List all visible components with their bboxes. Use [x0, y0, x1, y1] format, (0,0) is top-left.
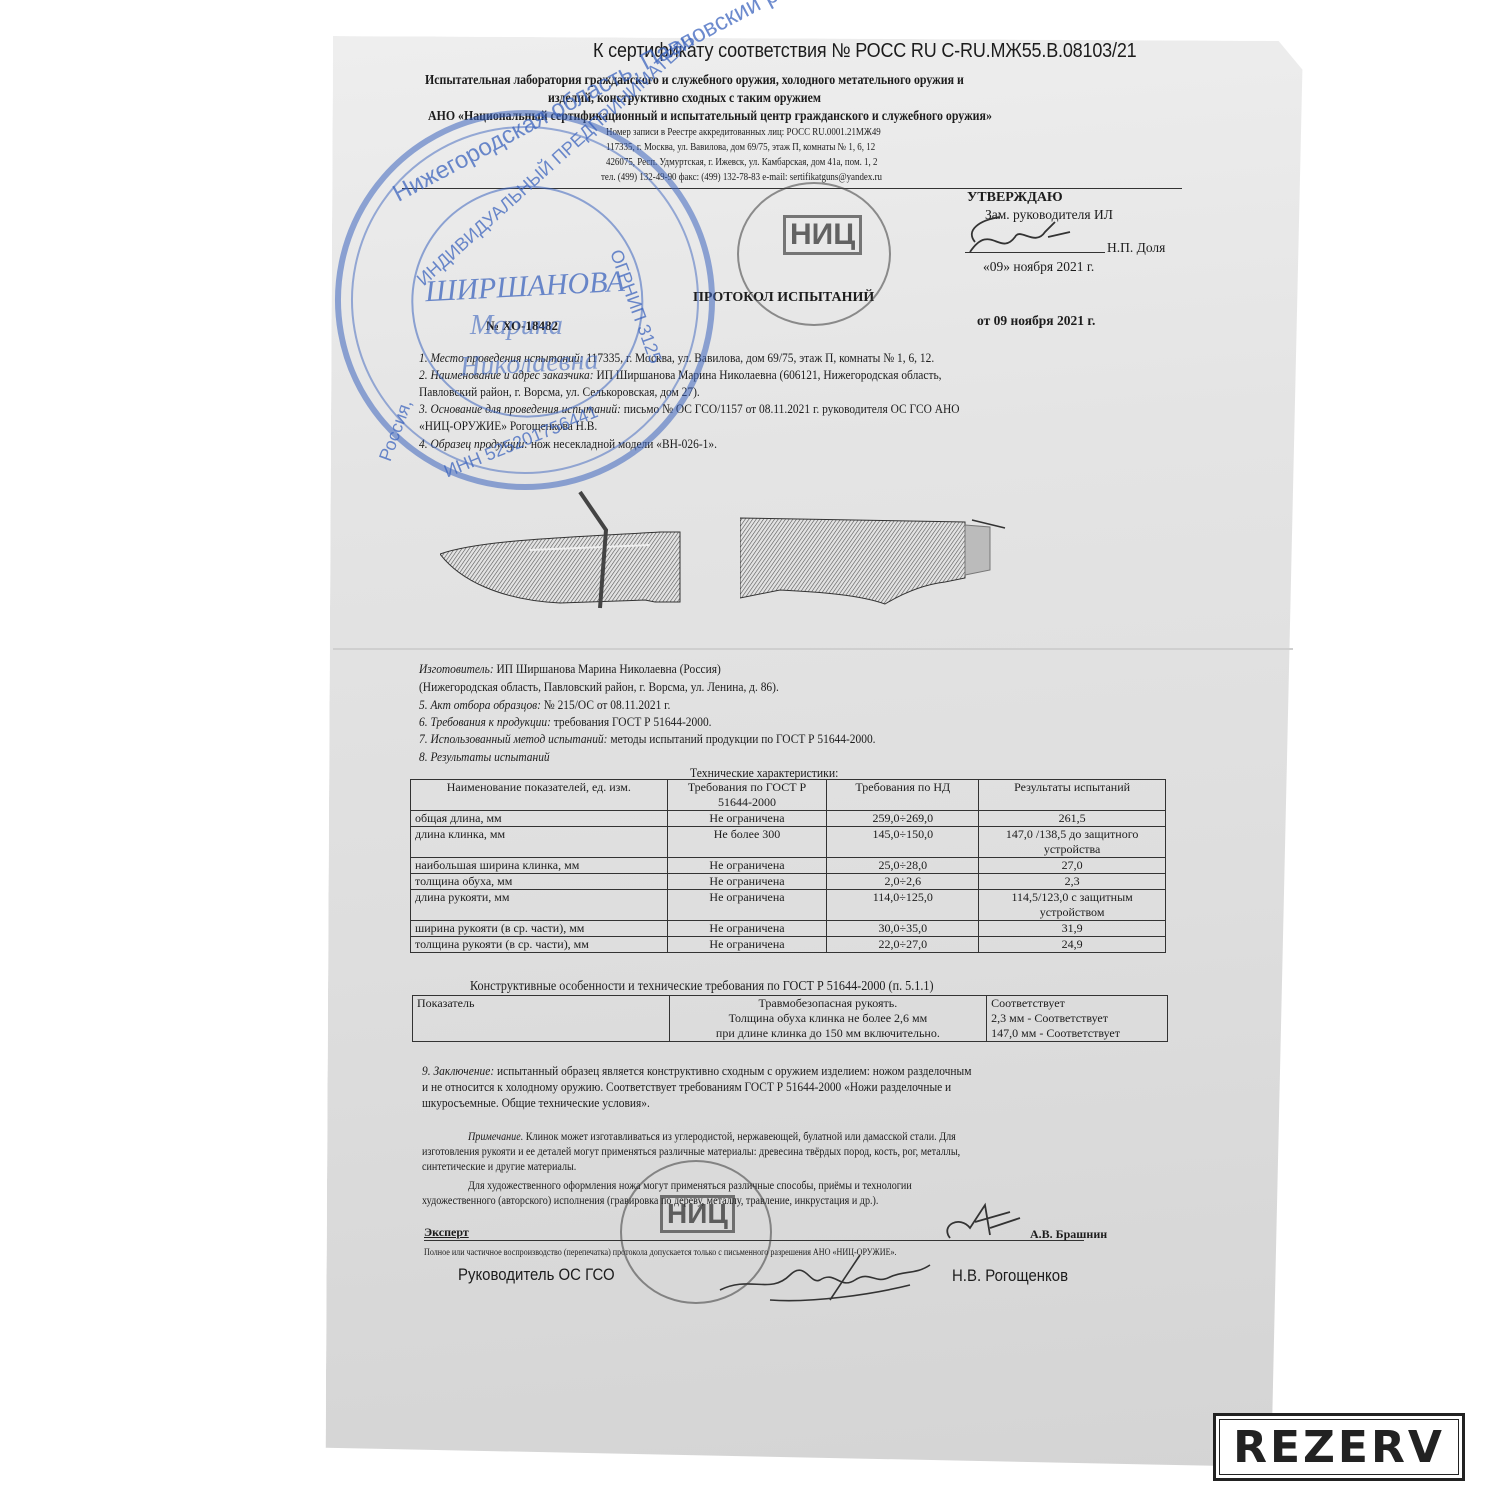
- cell: общая длина, мм: [411, 811, 668, 827]
- header-cell: Требования по НД: [827, 780, 979, 811]
- head-name: Н.В. Рогощенков: [952, 1266, 1068, 1286]
- maker: Изготовитель: ИП Ширшанова Марина Никола…: [419, 661, 721, 677]
- item-7: 7. Использованный метод испытаний: метод…: [419, 731, 876, 747]
- cell: толщина обуха, мм: [411, 874, 668, 890]
- cell: 259,0÷269,0: [827, 811, 979, 827]
- note-line3: синтетические и другие материалы.: [422, 1161, 576, 1173]
- table-row: общая длина, мм Не ограничена 259,0÷269,…: [411, 811, 1166, 827]
- tech-table: Наименование показателей, ед. изм. Требо…: [410, 779, 1166, 953]
- cell: 261,5: [979, 811, 1166, 827]
- registry-line: Номер записи в Реестре аккредитованных л…: [606, 127, 881, 138]
- table-row: Показатель Травмобезопасная рукоять. Тол…: [413, 996, 1168, 1042]
- cell: Не ограничена: [667, 937, 827, 953]
- expert-name: А.В. Брашнин: [1030, 1227, 1107, 1242]
- line: Травмобезопасная рукоять.: [674, 996, 983, 1011]
- maker-address: (Нижегородская область, Павловский район…: [419, 679, 779, 695]
- line: Толщина обуха клинка не более 2,6 мм: [674, 1011, 983, 1026]
- cell: Не ограничена: [667, 921, 827, 937]
- cell: Травмобезопасная рукоять. Толщина обуха …: [669, 996, 987, 1042]
- cell: 31,9: [979, 921, 1166, 937]
- approval-name: Н.П. Доля: [1107, 240, 1165, 256]
- cell: 24,9: [979, 937, 1166, 953]
- cell: 25,0÷28,0: [827, 858, 979, 874]
- cell: длина клинка, мм: [411, 827, 668, 858]
- header-cell: Результаты испытаний: [979, 780, 1166, 811]
- table-row: толщина рукояти (в ср. части), мм Не огр…: [411, 937, 1166, 953]
- nic-logo-top: НИЦ: [783, 215, 862, 255]
- cell: 2,0÷2,6: [827, 874, 979, 890]
- cell: толщина рукояти (в ср. части), мм: [411, 937, 668, 953]
- knife-handle: [740, 500, 1020, 640]
- cell: 147,0 /138,5 до защитного устройства: [979, 827, 1166, 858]
- conclusion-line3: шкуросъемные. Общие технические условия»…: [422, 1095, 650, 1111]
- cell: 114,0÷125,0: [827, 890, 979, 921]
- cell: 30,0÷35,0: [827, 921, 979, 937]
- address-moscow: 117335, г. Москва, ул. Вавилова, дом 69/…: [606, 142, 875, 153]
- line: 2,3 мм - Соответствует: [991, 1011, 1163, 1026]
- paper-fold: [333, 648, 1293, 650]
- rezerv-logo: REZERV: [1213, 1413, 1465, 1481]
- item-6: 6. Требования к продукции: требования ГО…: [419, 714, 712, 730]
- approval-heading: УТВЕРЖДАЮ: [967, 190, 1063, 206]
- table-row: ширина рукояти (в ср. части), мм Не огра…: [411, 921, 1166, 937]
- note-line2: изготовления рукояти и ее деталей могут …: [422, 1146, 960, 1158]
- cell: наибольшая ширина клинка, мм: [411, 858, 668, 874]
- table-row: длина клинка, мм Не более 300 145,0÷150,…: [411, 827, 1166, 858]
- expert-signature: [930, 1200, 1030, 1245]
- rezerv-logo-text: REZERV: [1219, 1419, 1459, 1475]
- table-row: толщина обуха, мм Не ограничена 2,0÷2,6 …: [411, 874, 1166, 890]
- cell: 22,0÷27,0: [827, 937, 979, 953]
- knife-image: [440, 480, 760, 640]
- table-row: длина рукояти, мм Не ограничена 114,0÷12…: [411, 890, 1166, 921]
- header-cell: Требования по ГОСТ Р 51644-2000: [667, 780, 827, 811]
- head-label: Руководитель ОС ГСО: [458, 1265, 615, 1285]
- line: при длине клинка до 150 мм включительно.: [674, 1026, 983, 1041]
- tech-table-header: Наименование показателей, ед. изм. Требо…: [411, 780, 1166, 811]
- line: 147,0 мм - Соответствует: [991, 1026, 1163, 1041]
- protocol-date: от 09 ноября 2021 г.: [977, 313, 1095, 329]
- item-5: 5. Акт отбора образцов: № 215/ОС от 08.1…: [419, 697, 670, 713]
- cell: 27,0: [979, 858, 1166, 874]
- design-table: Показатель Травмобезопасная рукоять. Тол…: [412, 995, 1168, 1042]
- cell: Не ограничена: [667, 890, 827, 921]
- design-table-caption: Конструктивные особенности и технические…: [470, 978, 934, 994]
- line: Соответствует: [991, 996, 1163, 1011]
- nic-logo-bottom: НИЦ: [660, 1195, 735, 1233]
- lab-name-line1: Испытательная лаборатория гражданского и…: [425, 72, 964, 88]
- cell: 145,0÷150,0: [827, 827, 979, 858]
- note-line1: Примечание. Клинок может изготавливаться…: [468, 1131, 956, 1143]
- approval-signature: [960, 212, 1100, 262]
- cell: Соответствует 2,3 мм - Соответствует 147…: [987, 996, 1168, 1042]
- stamp-firstname: Марина: [470, 310, 563, 342]
- cell: Не ограничена: [667, 858, 827, 874]
- cell: ширина рукояти (в ср. части), мм: [411, 921, 668, 937]
- cell: 114,5/123,0 с защитным устройством: [979, 890, 1166, 921]
- cell: Не ограничена: [667, 874, 827, 890]
- expert-label: Эксперт: [424, 1225, 469, 1240]
- cell: Показатель: [413, 996, 670, 1042]
- cell: длина рукояти, мм: [411, 890, 668, 921]
- item-8: 8. Результаты испытаний: [419, 749, 550, 765]
- header-cell: Наименование показателей, ед. изм.: [411, 780, 668, 811]
- approval-date: «09» ноября 2021 г.: [983, 259, 1094, 275]
- cell: Не более 300: [667, 827, 827, 858]
- table-row: наибольшая ширина клинка, мм Не ограниче…: [411, 858, 1166, 874]
- conclusion-line1: 9. Заключение: испытанный образец являет…: [422, 1063, 971, 1079]
- cell: 2,3: [979, 874, 1166, 890]
- cell: Не ограничена: [667, 811, 827, 827]
- conclusion-line2: и не относится к холодному оружию. Соотв…: [422, 1079, 951, 1095]
